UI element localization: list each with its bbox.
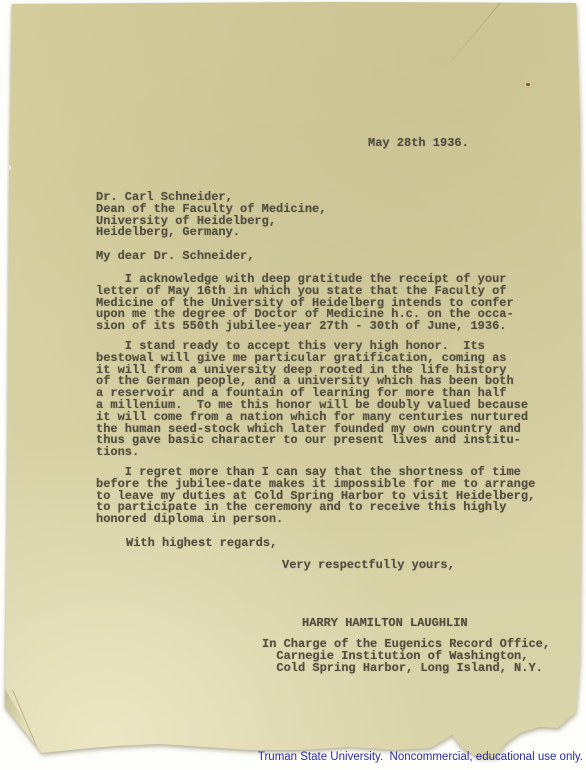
scanned-letter-page: May 28th 1936. Dr. Carl Schneider, Dean … <box>0 0 586 770</box>
attribution-footer: Truman State University. Noncommercial, … <box>258 750 583 764</box>
letter-date: May 28th 1936. <box>368 138 469 150</box>
crease-mark <box>449 0 502 63</box>
paper-shadow-wrap: May 28th 1936. Dr. Carl Schneider, Dean … <box>0 0 586 770</box>
closing-regards: With highest regards, <box>126 538 277 550</box>
salutation: My dear Dr. Schneider, <box>96 251 254 263</box>
letter-paper: May 28th 1936. Dr. Carl Schneider, Dean … <box>0 0 586 770</box>
edge-nick <box>7 165 11 170</box>
folded-corner <box>5 689 43 753</box>
signature-titles: In Charge of the Eugenics Record Office,… <box>262 639 550 674</box>
valediction: Very respectfully yours, <box>282 560 455 572</box>
body-paragraph-3: I regret more than I can say that the sh… <box>96 467 535 526</box>
body-paragraph-1: I acknowledge with deep gratitude the re… <box>96 274 514 333</box>
body-paragraph-2: I stand ready to accept this very high h… <box>96 341 528 459</box>
foxing-spot <box>526 83 530 86</box>
recipient-address: Dr. Carl Schneider, Dean of the Faculty … <box>96 192 326 239</box>
signature-name: HARRY HAMILTON LAUGHLIN <box>302 618 468 630</box>
